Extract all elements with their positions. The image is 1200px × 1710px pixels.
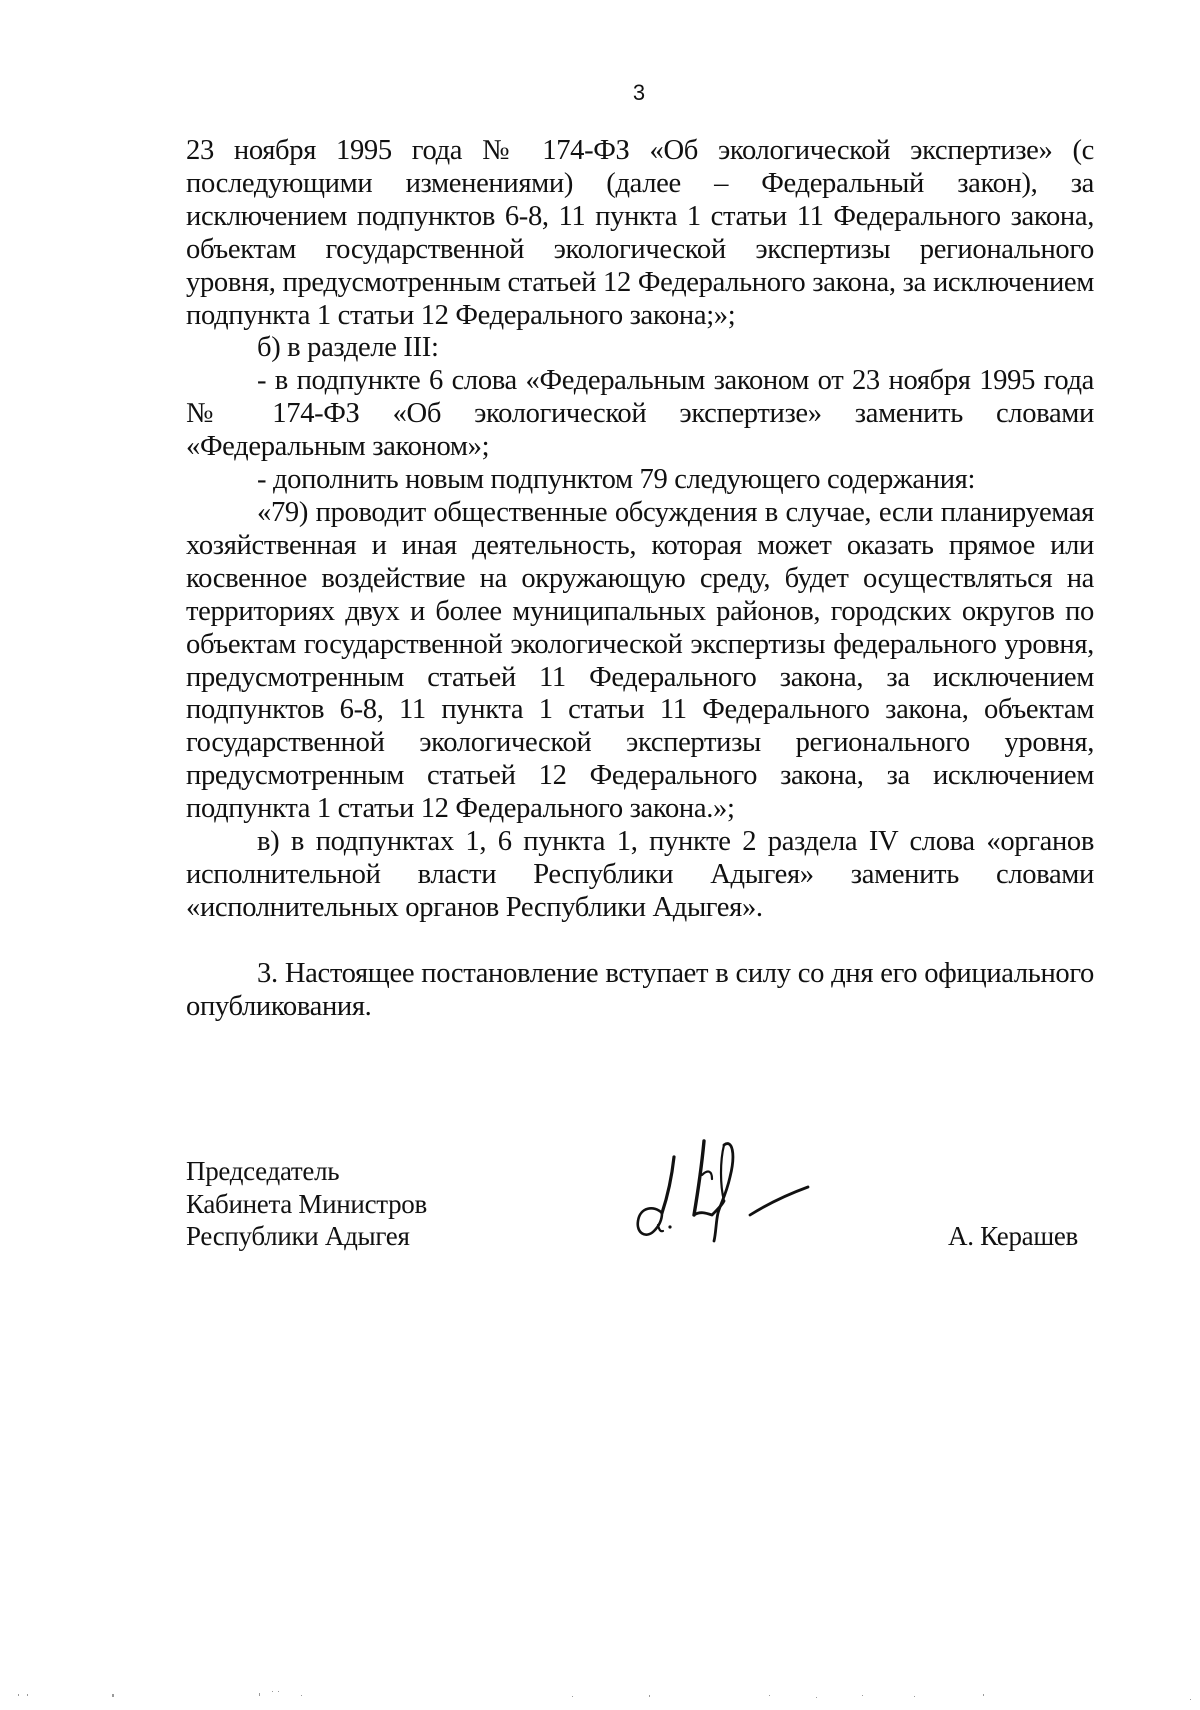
paragraph-subitem-79-text: «79) проводит общественные обсуждения в …: [186, 497, 1094, 826]
signatory-title: Председатель Кабинета Министров Республи…: [186, 1155, 427, 1253]
paragraph-spacer: [186, 925, 1094, 958]
paragraph-continuation: 23 ноября 1995 года № 174-ФЗ «Об экологи…: [186, 135, 1094, 332]
signatory-title-line: Республики Адыгея: [186, 1220, 427, 1253]
paragraph-section-v: в) в подпунктах 1, 6 пункта 1, пункте 2 …: [186, 826, 1094, 925]
page-number: 3: [0, 78, 1200, 108]
signer-name: А. Керашев: [948, 1220, 1078, 1253]
document-body: 23 ноября 1995 года № 174-ФЗ «Об экологи…: [186, 135, 1094, 1023]
paragraph-add-subitem-79: - дополнить новым подпунктом 79 следующе…: [186, 464, 1094, 497]
scan-noise-decoration: [0, 1690, 1200, 1702]
signatory-title-line: Председатель: [186, 1155, 427, 1188]
paragraph-subitem-6: - в подпункте 6 слова «Федеральным закон…: [186, 365, 1094, 464]
handwritten-signature-icon: [632, 1135, 817, 1245]
paragraph-section-b: б) в разделе III:: [186, 332, 1094, 365]
paragraph-effective-date: 3. Настоящее постановление вступает в си…: [186, 958, 1094, 1024]
signatory-title-line: Кабинета Министров: [186, 1188, 427, 1221]
